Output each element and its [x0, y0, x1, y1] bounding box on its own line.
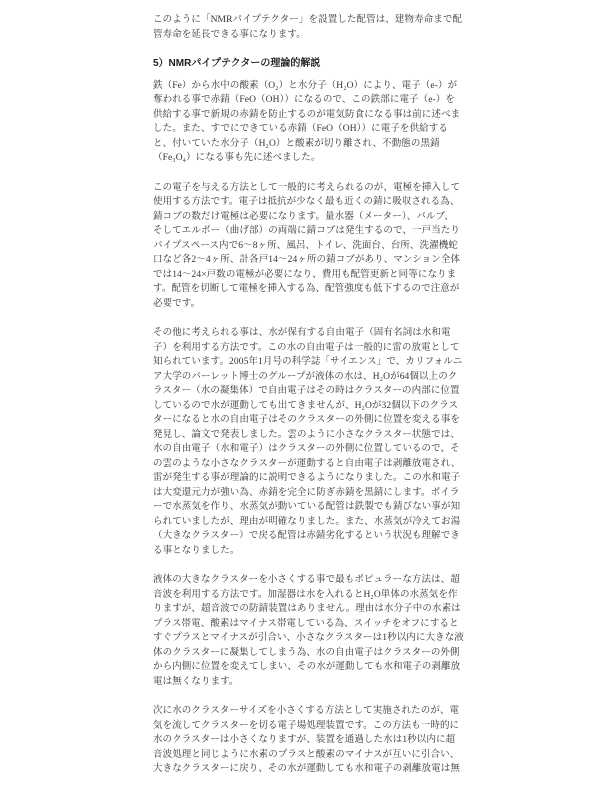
text-line: 必要です。 — [153, 297, 475, 312]
text-line: は大変還元力が強い為、赤錆を完全に防ぎ赤錆を黒錆にします。ボイラ — [153, 486, 475, 501]
text-line: 気を流してクラスターを切る電子場処理装置です。この方法も一時的に — [153, 719, 475, 734]
paragraph-6: 次に水のクラスターサイズを小さくする方法として実施されたのが、電気を流してクラス… — [153, 704, 475, 777]
document-content: このように「NMRパイプテクター」を設置した配管は、建物寿命まで配管寿命を延長で… — [153, 13, 475, 792]
text-line: 音波処理と同じように水素のプラスと酸素のマイナスが互いに引合い、 — [153, 748, 475, 763]
text-line: と、付いていた水分子（H₂O）と酸素が切り離され、不動態の黒錆 — [153, 137, 475, 152]
text-line: す。配管を切断して電極を挿入する為、配管強度も低下するので注意が — [153, 282, 475, 297]
text-line: 奪われる事で赤錆（FeO（OH））になるので、この鉄部に電子（e-）を — [153, 93, 475, 108]
text-line: パイプスペース内で6〜8ヶ所、風呂、トイレ、洗面台、台所、洗濯機蛇 — [153, 239, 475, 254]
text-line: ア大学のバーレット博士のグループが液体の水は、H₂Oが64個以上のク — [153, 370, 475, 385]
text-line: 管寿命を延長できる事になります。 — [153, 28, 475, 43]
text-line: 知られています。2005年1月号の科学誌「サイエンス」で、カリフォルニ — [153, 355, 475, 370]
paragraph-5: 液体の大きなクラスターを小さくする事で最もポピュラーな方法は、超音波を利用する方… — [153, 573, 475, 689]
text-line: 水のクラスターは小さくなりますが、装置を通過した水は1秒以内に超 — [153, 733, 475, 748]
text-line: 使用する方法です。電子は抵抗が少なく最も近くの錆に吸収される為、 — [153, 195, 475, 210]
text-line: ラスター（水の凝集体）で自由電子はその時はクラスターの内部に位置 — [153, 384, 475, 399]
text-line: すぐプラスとマイナスが引合い、小さなクラスターは1秒以内に大きな液 — [153, 631, 475, 646]
text-line: 鉄（Fe）から水中の酸素（O₂）と水分子（H₂O）により、電子（e-）が — [153, 79, 475, 94]
text-line: 子）を利用する方法です。この水の自由電子は一般的に雷の放電として — [153, 341, 475, 356]
text-line: （大きなクラスター）で戻る配管は赤錆劣化するという状況も理解でき — [153, 529, 475, 544]
text-line: の雲のような小さなクラスターが運動すると自由電子は剥離放電され、 — [153, 457, 475, 472]
text-line: から内側に位置を変えてしまい、その水が運動しても水和電子の剥離放 — [153, 660, 475, 675]
text-line: 5）NMRパイプテクターの理論的解説 — [153, 57, 475, 72]
paragraph-2: 鉄（Fe）から水中の酸素（O₂）と水分子（H₂O）により、電子（e-）が奪われる… — [153, 79, 475, 166]
text-line: その他に考えられる事は、水が保有する自由電子（固有名詞は水和電 — [153, 326, 475, 341]
text-line: この電子を与える方法として一般的に考えられるのが、電極を挿入して — [153, 181, 475, 196]
text-line: 供給する事で新規の赤錆を防止するのが電気防食になる事は前に述べま — [153, 108, 475, 123]
text-line: られていましたが、理由が明確なりました。また、水蒸気が冷えてお湯 — [153, 515, 475, 530]
text-line: 体のクラスターに凝集してしまう為、水の自由電子はクラスターの外側 — [153, 646, 475, 661]
text-line: そしてエルボー（曲げ部）の両端に錆コブは発生するので、一戸当たり — [153, 224, 475, 239]
text-line: 口など各2〜4ヶ所、計各戸14〜24ヶ所の錆コブがあり、マンション全体 — [153, 253, 475, 268]
text-line: 電は無くなります。 — [153, 675, 475, 690]
paragraph-4: その他に考えられる事は、水が保有する自由電子（固有名詞は水和電子）を利用する方法… — [153, 326, 475, 558]
document-page: このように「NMRパイプテクター」を設置した配管は、建物寿命まで配管寿命を延長で… — [0, 0, 612, 792]
text-line: 水の自由電子（水和電子）はクラスターの外側に位置しているので、そ — [153, 442, 475, 457]
text-line: 発見し、論文で発表しました。雲のように小さなクラスター状態では、 — [153, 428, 475, 443]
section-heading: 5）NMRパイプテクターの理論的解説 — [153, 57, 475, 72]
text-line: 大きなクラスターに戻り、その水が運動しても水和電子の剥離放電は無 — [153, 762, 475, 777]
text-line: ターになると水の自由電子はそのクラスターの外側に位置を変える事を — [153, 413, 475, 428]
paragraph-0: このように「NMRパイプテクター」を設置した配管は、建物寿命まで配管寿命を延長で… — [153, 13, 475, 42]
text-line: 錆コブの数だけ電極は必要になります。量水器（メーター）、バルブ、 — [153, 210, 475, 225]
text-line: 音波を利用する方法です。加湿器は水を入れるとH₂O単体の水蒸気を作 — [153, 588, 475, 603]
text-line: 雷が発生する事が理論的に説明できるようになりました。この水和電子 — [153, 471, 475, 486]
text-line: では14〜24×戸数の電極が必要になり、費用も配管更新と同等になりま — [153, 268, 475, 283]
text-line: ーで水蒸気を作り、水蒸気が動いている配管は鉄製でも錆びない事が知 — [153, 500, 475, 515]
text-line: 液体の大きなクラスターを小さくする事で最もポピュラーな方法は、超 — [153, 573, 475, 588]
text-line: した。また、すでにできている赤錆（FeO（OH））に電子を供給する — [153, 122, 475, 137]
text-line: （Fe₃O₄）になる事も先に述べました。 — [153, 151, 475, 166]
text-line: 次に水のクラスターサイズを小さくする方法として実施されたのが、電 — [153, 704, 475, 719]
text-line: しているので水が運動しても出てきませんが、H₂Oが32個以下のクラス — [153, 399, 475, 414]
text-line: りますが、超音波での防錆装置はありません。理由は水分子中の水素は — [153, 602, 475, 617]
text-line: このように「NMRパイプテクター」を設置した配管は、建物寿命まで配 — [153, 13, 475, 28]
paragraph-3: この電子を与える方法として一般的に考えられるのが、電極を挿入して使用する方法です… — [153, 181, 475, 312]
text-line: プラス帯電、酸素はマイナス帯電している為、スイッチをオフにすると — [153, 617, 475, 632]
text-line: る事となりました。 — [153, 544, 475, 559]
